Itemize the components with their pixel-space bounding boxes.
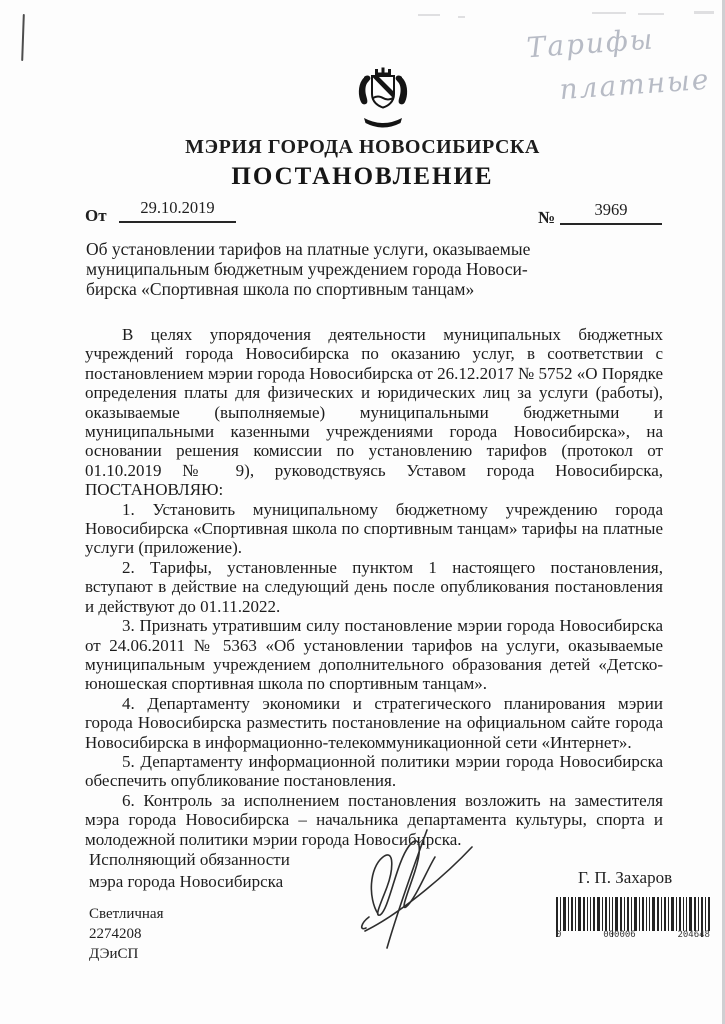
organization-name: МЭРИЯ ГОРОДА НОВОСИБИРСКА (0, 136, 725, 159)
executor-info: Светличная 2274208 ДЭиСП (89, 904, 163, 964)
pencil-note: Тарифы платные (525, 14, 712, 114)
document-body: В целях упорядочения деятельности муници… (85, 325, 663, 849)
scan-smudge (418, 14, 440, 16)
body-paragraph-point-5: 5. Департаменту информационной политики … (85, 752, 663, 791)
body-paragraph-point-2: 2. Тарифы, установленные пунктом 1 насто… (85, 558, 663, 616)
scan-smudge (458, 16, 465, 18)
document-barcode: 0 000006 204648 (556, 897, 712, 940)
handwritten-signature-icon (338, 818, 488, 960)
number-value: 3969 (560, 200, 662, 225)
body-paragraph-preamble: В целях упорядочения деятельности муници… (85, 325, 663, 500)
scan-artifact-pen-mark (21, 14, 25, 61)
barcode-digits: 0 000006 204648 (556, 930, 712, 940)
barcode-digit-group: 000006 (603, 930, 636, 940)
novosibirsk-coat-of-arms-icon (352, 64, 414, 136)
signatory-position: Исполняющий обязанности мэра города Ново… (89, 849, 290, 892)
scanned-document-page: Тарифы платные МЭРИЯ (0, 0, 725, 1024)
scan-smudge (592, 12, 626, 14)
signatory-position-line-1: Исполняющий обязанности (89, 849, 290, 871)
signatory-name: Г. П. Захаров (578, 868, 672, 888)
number-label: № (538, 208, 555, 228)
document-type-title: ПОСТАНОВЛЕНИЕ (0, 163, 725, 191)
scan-smudge (638, 13, 664, 15)
date-label: От (85, 206, 107, 226)
body-paragraph-point-1: 1. Установить муниципальному бюджетному … (85, 500, 663, 558)
body-paragraph-point-3: 3. Признать утратившим силу постановлени… (85, 616, 663, 694)
barcode-digit-group: 204648 (677, 930, 710, 940)
executor-name: Светличная (89, 904, 163, 924)
signatory-position-line-2: мэра города Новосибирска (89, 871, 290, 893)
body-paragraph-point-4: 4. Департаменту экономики и стратегическ… (85, 694, 663, 752)
executor-phone: 2274208 (89, 924, 163, 944)
document-subject: Об установлении тарифов на платные услуг… (86, 239, 556, 299)
executor-department: ДЭиСП (89, 944, 163, 964)
date-number-row: От 29.10.2019 № 3969 (0, 198, 725, 232)
pencil-note-line-2: платные (558, 58, 712, 112)
barcode-digit-group: 0 (556, 930, 561, 940)
date-value: 29.10.2019 (119, 198, 236, 223)
